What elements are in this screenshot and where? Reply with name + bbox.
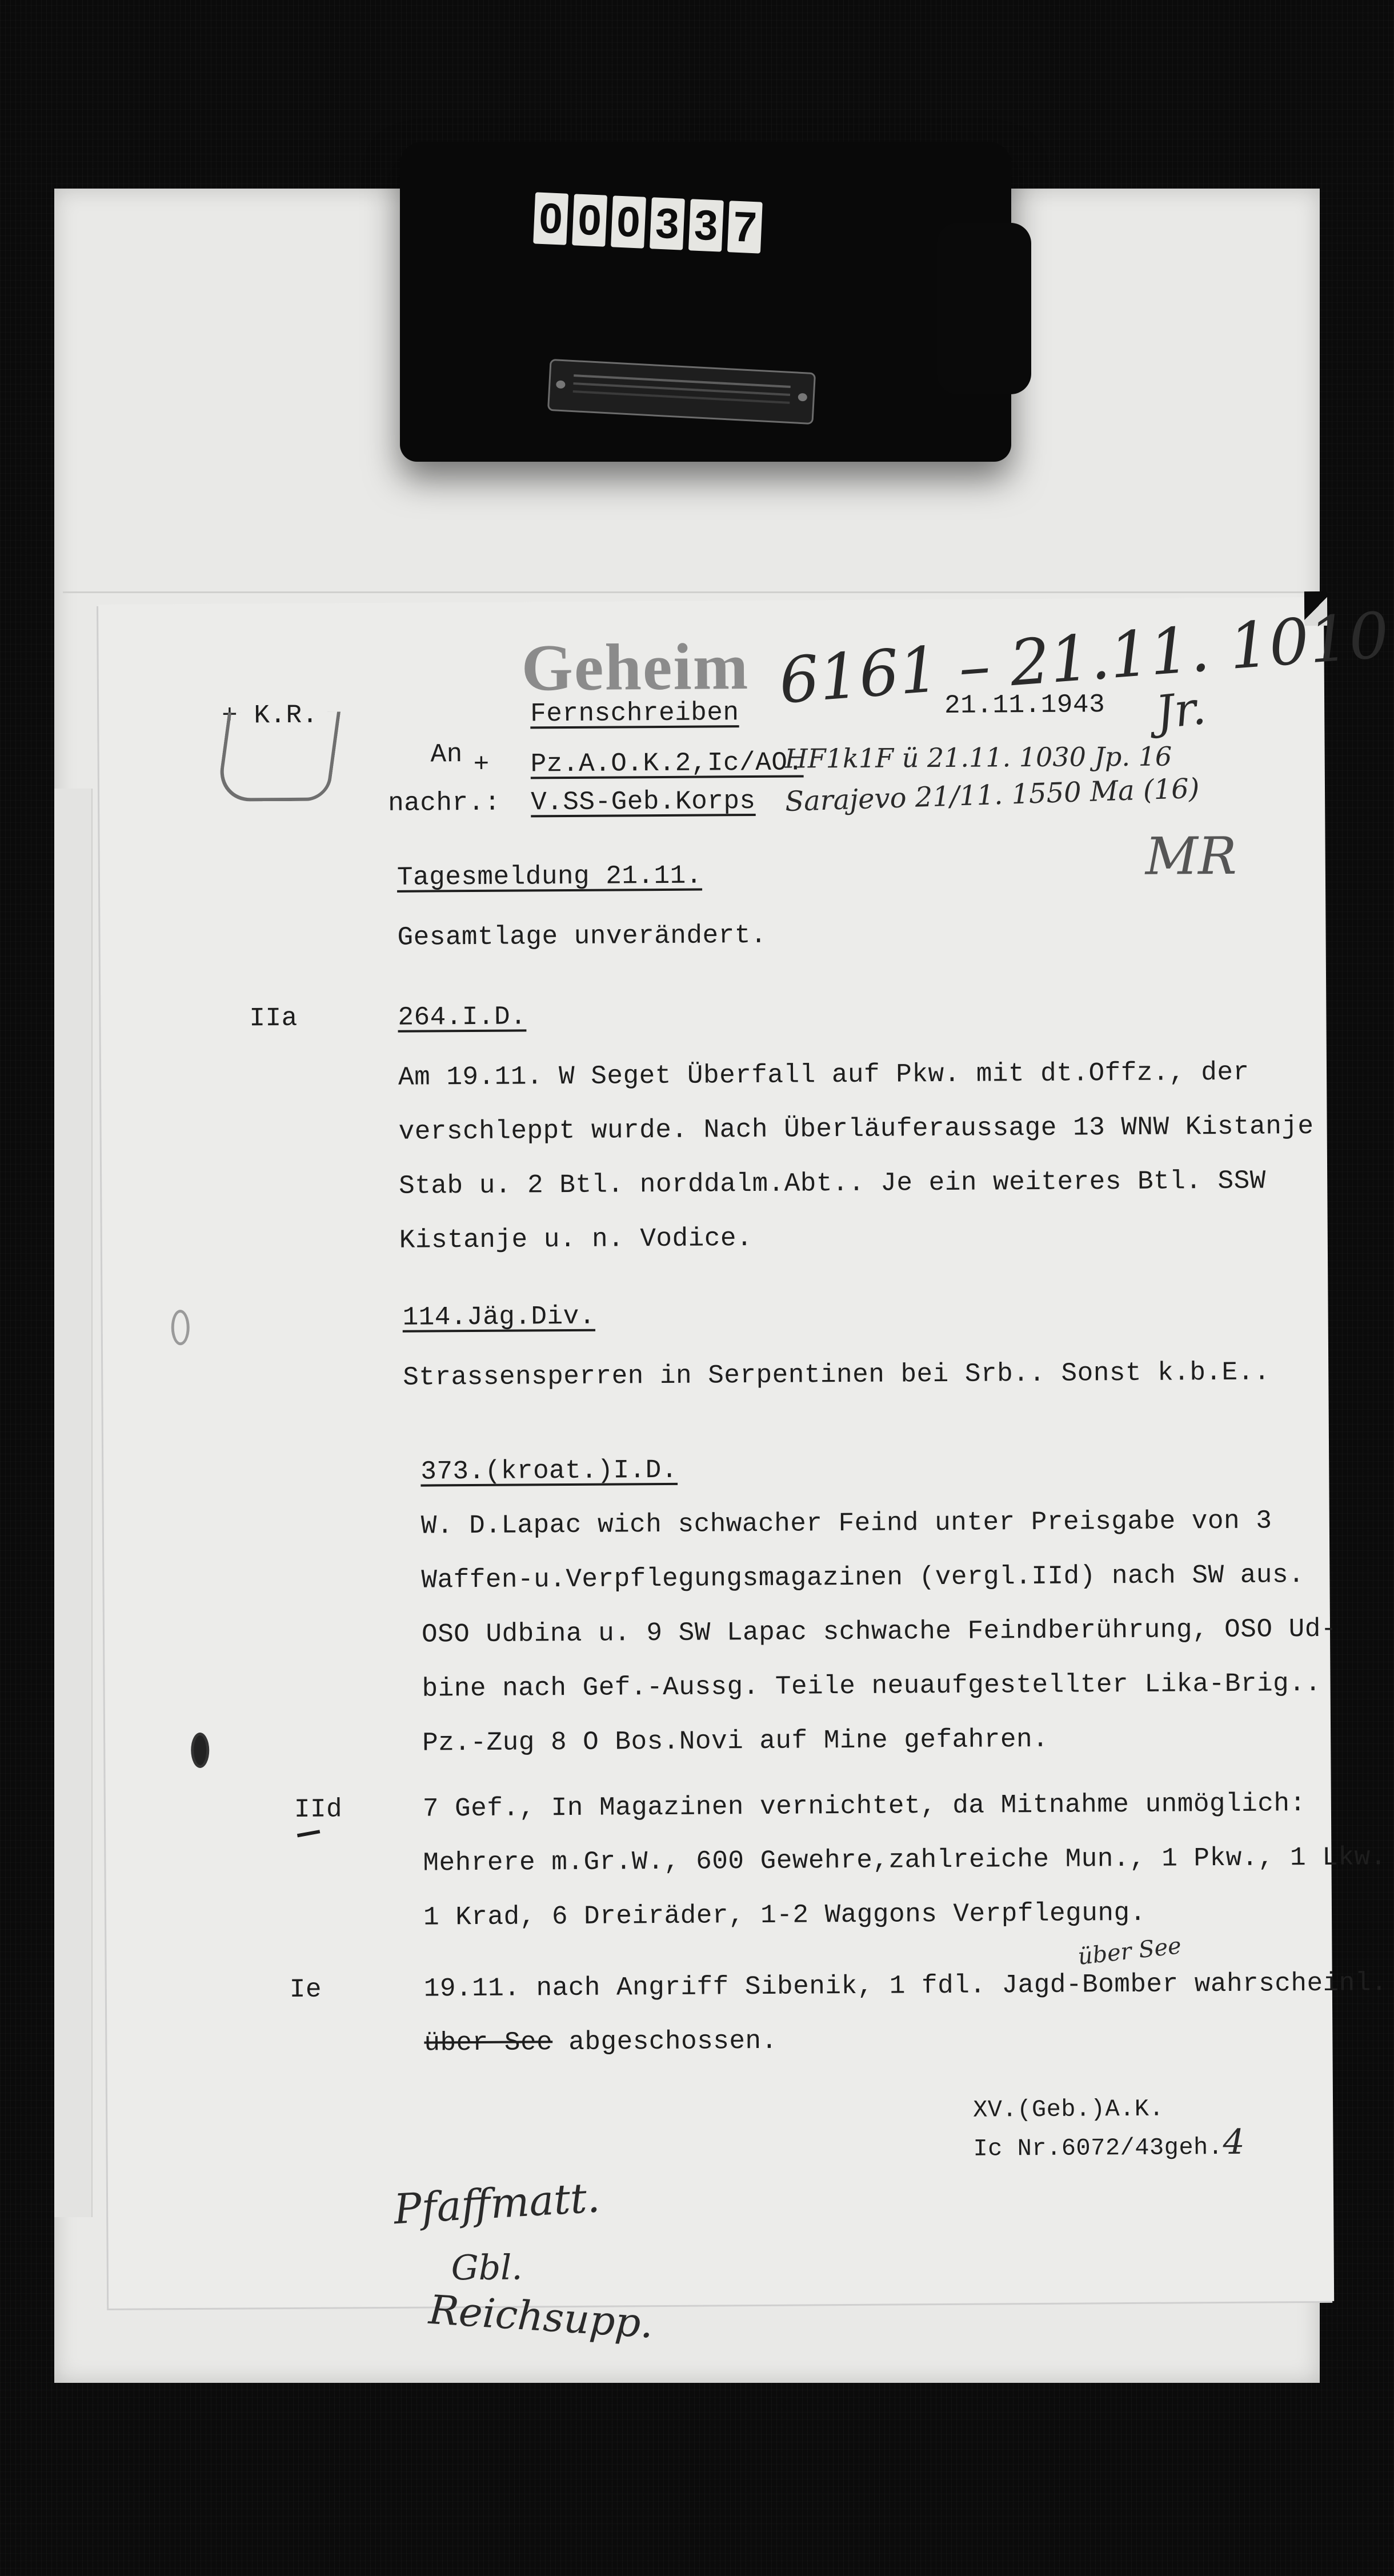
counter-digit: 3	[650, 197, 685, 250]
counter-digit: 3	[688, 199, 724, 251]
counter-digit: 0	[533, 192, 568, 245]
kr-hook-mark	[216, 711, 341, 801]
section-line: Strassensperren in Serpentinen bei Srb..…	[403, 1357, 1270, 1392]
section-line: Pz.-Zug 8 O Bos.Novi auf Mine gefahren.	[422, 1725, 1048, 1758]
frame-counter-digits: 0 0 0 3 3 7	[533, 192, 763, 253]
section-line: Kistanje u. n. Vodice.	[399, 1223, 753, 1255]
copy-to-handwritten-note: Sarajevo 21/11. 1550 Ma (16)	[784, 773, 1200, 818]
punch-hole-mark	[171, 1310, 190, 1345]
copy-to-label: nachr.:	[388, 788, 500, 818]
section-line: Mehrere m.Gr.W., 600 Gewehre,zahlreiche …	[423, 1842, 1387, 1878]
counter-knob	[937, 223, 1031, 394]
handwritten-initial: Jr.	[1153, 681, 1208, 739]
handwritten-insertion: über See	[1076, 1933, 1183, 1970]
signature: Pfaffmatt.	[392, 2173, 601, 2233]
counter-digit: 0	[572, 194, 607, 246]
counter-digit: 7	[727, 201, 763, 253]
punch-hole	[191, 1733, 209, 1768]
section-line: Waffen-u.Verpflegungsmagazinen (vergl.II…	[421, 1560, 1304, 1595]
geheim-stamp: Geheim	[521, 629, 749, 706]
struck-text: über See	[424, 2027, 552, 2058]
section-line: Am 19.11. W Seget Überfall auf Pkw. mit …	[398, 1058, 1249, 1093]
section-line: 1 Krad, 6 Dreiräder, 1-2 Waggons Verpfle…	[423, 1898, 1146, 1933]
margin-tick-mark	[297, 1830, 320, 1837]
section-line-with-strikeout: über See abgeschossen.	[424, 2026, 778, 2058]
signature: Gbl.	[451, 2248, 523, 2289]
recipient-handwritten-note: HF1k1F ü 21.11. 1030 Jp. 16	[785, 741, 1172, 774]
section-heading: 373.(kroat.)I.D.	[420, 1455, 678, 1487]
section-heading: 114.Jäg.Div.	[402, 1302, 595, 1333]
backing-edge-tab	[54, 789, 93, 2217]
report-title: Tagesmeldung 21.11.	[397, 861, 702, 893]
section-heading: 264.I.D.	[398, 1002, 526, 1032]
report-summary: Gesamtlage unverändert.	[397, 921, 767, 953]
copy-to-value: V.SS-Geb.Korps	[531, 786, 756, 817]
section-line: W. D.Lapac wich schwacher Feind unter Pr…	[421, 1506, 1272, 1541]
margin-initials: MR	[1145, 826, 1237, 887]
section-margin-label: IIa	[249, 1003, 298, 1034]
document-sheet: Geheim 6161 – 21.11. 1010 Jr. + K.R. Fer…	[98, 597, 1334, 2309]
document-date: 21.11.1943	[944, 690, 1105, 721]
section-line: 7 Gef., In Magazinen vernichtet, da Mitn…	[423, 1789, 1306, 1823]
section-line: OSO Udbina u. 9 SW Lapac schwache Feindb…	[422, 1614, 1337, 1650]
recipient-plus: +	[474, 750, 490, 779]
document-type: Fernschreiben	[530, 698, 739, 729]
section-margin-label: IId	[294, 1794, 343, 1825]
section-line: 19.11. nach Angriff Sibenik, 1 fdl. Jagd…	[424, 1968, 1388, 2003]
section-line: bine nach Gef.-Aussg. Teile neuaufgestel…	[422, 1669, 1321, 1704]
section-margin-label: Ie	[290, 1975, 322, 2005]
sender-unit: XV.(Geb.)A.K.	[973, 2095, 1164, 2124]
counter-digit: 0	[611, 195, 646, 248]
backing-fold-line	[63, 591, 1314, 593]
section-line: verschleppt wurde. Nach Überläuferaussag…	[398, 1111, 1313, 1147]
recipient-value: Pz.A.O.K.2,Ic/AO.	[531, 747, 804, 779]
recipient-label: An	[430, 739, 463, 769]
sender-reference: Ic Nr.6072/43geh.4	[973, 2122, 1245, 2164]
section-line: Stab u. 2 Btl. norddalm.Abt.. Je ein wei…	[399, 1166, 1266, 1201]
